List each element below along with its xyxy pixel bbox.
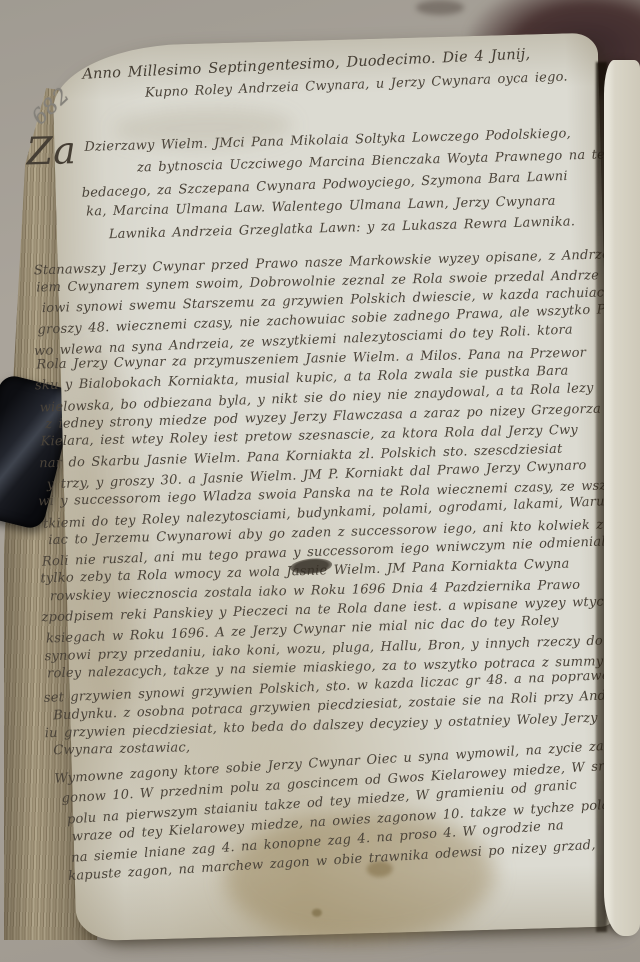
paragraph-body: Stanawszy Jerzy Cwynar przed Prawo nasze… xyxy=(32,244,640,762)
drop-cap-initial: Za xyxy=(26,131,77,170)
table-smudge xyxy=(416,0,464,15)
handwritten-text: Anno Millesimo Septingentesimo, Duodecim… xyxy=(26,46,640,888)
preamble-lines: Dzierzawy Wielm. JMci Pana Mikolaia Solt… xyxy=(62,121,631,247)
manuscript-photo: 682 Anno Millesimo Septingentesimo, Duod… xyxy=(0,0,640,962)
paragraph-preamble: Za Dzierzawy Wielm. JMci Pana Mikolaia S… xyxy=(62,121,631,247)
facing-page-edge xyxy=(604,60,640,936)
manuscript-page: 682 Anno Millesimo Septingentesimo, Duod… xyxy=(52,33,623,942)
